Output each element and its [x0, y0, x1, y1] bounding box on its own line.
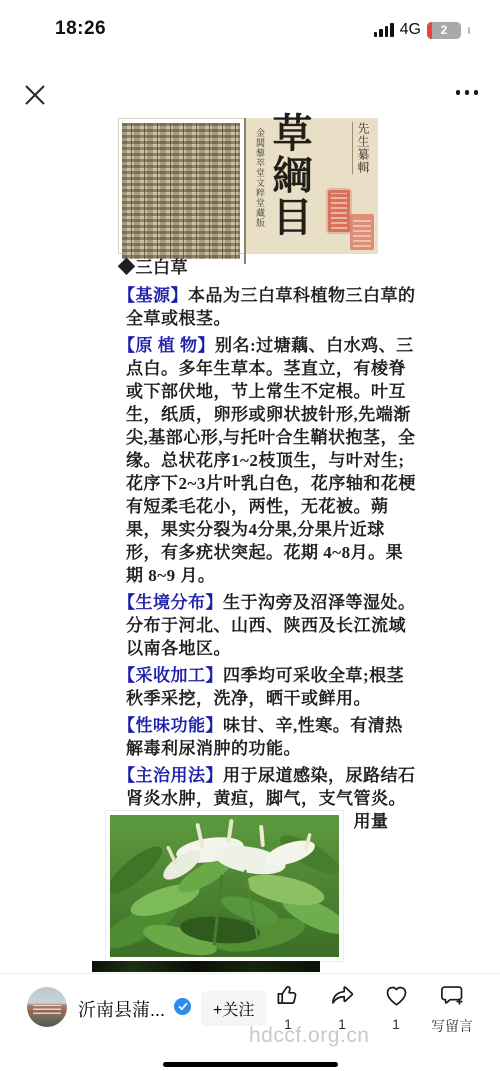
battery-cap	[468, 27, 470, 34]
book-title-page: 金閶藜萃堂文粹堂藏版 草綱目 先生纂輯	[246, 118, 378, 254]
partial-next-image[interactable]	[92, 961, 320, 972]
section-shengjing: 【生境分布】生于沟旁及沼泽等湿处。分布于河北、山西、陕西及长江流域以南各地区。	[118, 591, 416, 660]
battery-icon: 2	[427, 22, 461, 39]
book-scan-image[interactable]: 金閶藜萃堂文粹堂藏版 草綱目 先生纂輯	[118, 118, 378, 254]
section-yuanzhiwu: 【原 植 物】别名:过塘藕、白水鸡、三点白。多年生草本。茎直立，有棱脊或下部伏地…	[118, 334, 416, 587]
nav-bar	[0, 70, 500, 118]
section-jiyuan: 【基源】本品为三白草科植物三白草的全草或根茎。	[118, 284, 416, 330]
verified-badge-icon	[174, 998, 191, 1015]
plant-photo[interactable]	[106, 811, 343, 961]
red-seal-stamp	[328, 190, 350, 232]
section-label: 【原 植 物】	[118, 336, 215, 355]
signal-strength-icon	[374, 23, 394, 37]
section-label: 【基源】	[118, 286, 188, 305]
red-seal-stamp	[350, 214, 374, 250]
battery-level-fill	[427, 22, 432, 39]
close-icon	[22, 82, 48, 108]
book-annotation-text: 先生纂輯	[352, 122, 372, 174]
comment-label: 写留言	[424, 1016, 480, 1036]
account-avatar[interactable]	[27, 987, 67, 1027]
section-label: 【性味功能】	[118, 716, 223, 735]
battery-percent: 2	[441, 22, 448, 39]
status-bar: 18:26 4G 2	[0, 0, 500, 52]
close-button[interactable]	[22, 82, 48, 108]
section-text: 别名:过塘藕、白水鸡、三点白。多年生草本。茎直立，有棱脊或下部伏地，节上常生不定…	[126, 336, 416, 585]
comment-button[interactable]: 写留言	[424, 982, 480, 1036]
article-title: ◆三白草	[118, 256, 416, 279]
favorite-count: 1	[368, 1016, 424, 1032]
more-dots-icon	[456, 90, 461, 95]
share-arrow-icon	[329, 982, 356, 1009]
section-label: 【采收加工】	[118, 666, 223, 685]
section-label: 【主治用法】	[118, 766, 223, 785]
watermark-url: hdccf.org.cn	[249, 1024, 369, 1048]
more-options-button[interactable]	[456, 90, 479, 95]
footer-bar: 沂南县蒲... +关注 1 1 1	[0, 973, 500, 1071]
section-xingwei: 【性味功能】味甘、辛,性寒。有清热解毒利尿消肿的功能。	[118, 714, 416, 760]
comment-bubble-icon	[439, 982, 466, 1009]
favorite-button[interactable]: 1	[368, 982, 424, 1032]
phone-screen: 18:26 4G 2 金閶藜萃堂文粹堂藏版 草綱目	[0, 0, 500, 1071]
heart-icon	[383, 982, 410, 1009]
book-left-page-text	[118, 118, 246, 264]
network-type-label: 4G	[400, 21, 421, 39]
thumbs-up-icon	[275, 982, 302, 1009]
account-name[interactable]: 沂南县蒲...	[78, 996, 165, 1022]
follow-button[interactable]: +关注	[201, 991, 266, 1026]
clock: 18:26	[55, 18, 106, 40]
home-indicator[interactable]	[163, 1062, 338, 1067]
book-title-text: 草綱目	[267, 112, 311, 254]
book-publisher-text: 金閶藜萃堂文粹堂藏版	[254, 128, 265, 254]
article-body: ◆三白草 【基源】本品为三白草科植物三白草的全草或根茎。 【原 植 物】别名:过…	[118, 256, 416, 887]
section-caishou: 【采收加工】四季均可采收全草;根茎秋季采挖，洗净，晒干或鲜用。	[118, 664, 416, 710]
section-label: 【生境分布】	[118, 593, 223, 612]
